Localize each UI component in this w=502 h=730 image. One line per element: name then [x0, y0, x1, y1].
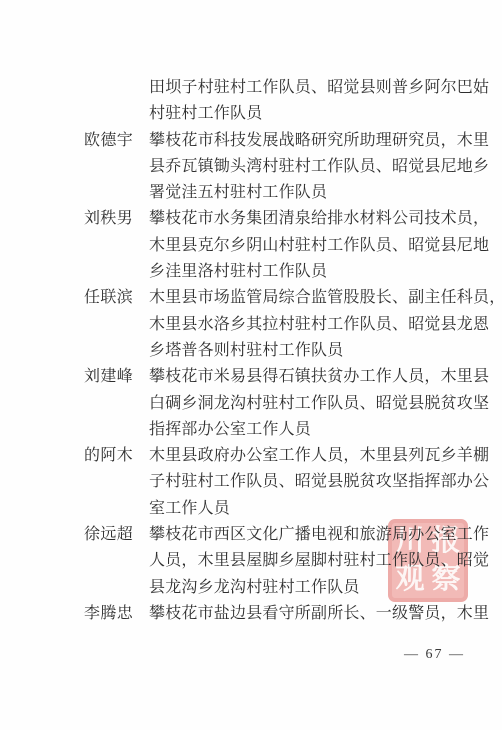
person-name: 徐远超	[84, 522, 149, 548]
entry-line: 室工作人员	[149, 496, 457, 522]
person-name: 李腾忠	[84, 601, 149, 627]
person-name: 的阿木	[84, 443, 149, 469]
entry-line: 署觉洼五村驻村工作队员	[149, 180, 457, 206]
entry-line: 攀枝花市米易县得石镇扶贫办工作人员，木里县	[149, 364, 457, 390]
person-name: 刘秩男	[84, 206, 149, 232]
entry-description: 攀枝花市盐边县看守所副所长、一级警员，木里	[149, 601, 457, 627]
entry-line: 木里县克尔乡阴山村驻村工作队员、昭觉县尼地	[149, 233, 457, 259]
entry-row: 徐远超攀枝花市西区文化广播电视和旅游局办公室工作人员，木里县屋脚乡屋脚村驻村工作…	[84, 522, 457, 601]
entry-line: 木里县政府办公室工作人员，木里县列瓦乡羊棚	[149, 443, 457, 469]
entry-line: 村驻村工作队员	[149, 101, 457, 127]
entry-description: 田坝子村驻村工作队员、昭觉县则普乡阿尔巴姑村驻村工作队员	[149, 75, 457, 128]
entry-description: 攀枝花市科技发展战略研究所助理研究员，木里县乔瓦镇锄头湾村驻村工作队员、昭觉县尼…	[149, 128, 457, 207]
entry-row: 任联滨木里县市场监管局综合监管股股长、副主任科员，木里县水洛乡其拉村驻村工作队员…	[84, 285, 457, 364]
entry-description: 木里县市场监管局综合监管股股长、副主任科员，木里县水洛乡其拉村驻村工作队员、昭觉…	[149, 285, 457, 364]
entry-line: 木里县市场监管局综合监管股股长、副主任科员，	[149, 285, 457, 311]
entry-line: 县龙沟乡龙沟村驻村工作队员	[149, 575, 457, 601]
entry-line: 田坝子村驻村工作队员、昭觉县则普乡阿尔巴姑	[149, 75, 457, 101]
entry-row: 刘建峰攀枝花市米易县得石镇扶贫办工作人员，木里县白碉乡洞龙沟村驻村工作队员、昭觉…	[84, 364, 457, 443]
entry-row: 田坝子村驻村工作队员、昭觉县则普乡阿尔巴姑村驻村工作队员	[84, 75, 457, 128]
entry-line: 指挥部办公室工作人员	[149, 417, 457, 443]
entry-line: 攀枝花市水务集团清泉给排水材料公司技术员，	[149, 206, 457, 232]
entries-list: 田坝子村驻村工作队员、昭觉县则普乡阿尔巴姑村驻村工作队员欧德宇攀枝花市科技发展战…	[84, 75, 457, 627]
entry-description: 攀枝花市西区文化广播电视和旅游局办公室工作人员，木里县屋脚乡屋脚村驻村工作队员、…	[149, 522, 457, 601]
entry-description: 木里县政府办公室工作人员，木里县列瓦乡羊棚子村驻村工作队员、昭觉县脱贫攻坚指挥部…	[149, 443, 457, 522]
person-name: 任联滨	[84, 285, 149, 311]
entry-line: 人员，木里县屋脚乡屋脚村驻村工作队员、昭觉	[149, 548, 457, 574]
entry-row: 的阿木木里县政府办公室工作人员，木里县列瓦乡羊棚子村驻村工作队员、昭觉县脱贫攻坚…	[84, 443, 457, 522]
document-page: 川 报 观 察 田坝子村驻村工作队员、昭觉县则普乡阿尔巴姑村驻村工作队员欧德宇攀…	[0, 0, 502, 730]
entry-line: 白碉乡洞龙沟村驻村工作队员、昭觉县脱贫攻坚	[149, 391, 457, 417]
entry-line: 县乔瓦镇锄头湾村驻村工作队员、昭觉县尼地乡	[149, 154, 457, 180]
entry-line: 攀枝花市西区文化广播电视和旅游局办公室工作	[149, 522, 457, 548]
person-name: 欧德宇	[84, 128, 149, 154]
entry-line: 木里县水洛乡其拉村驻村工作队员、昭觉县龙恩	[149, 312, 457, 338]
entry-row: 欧德宇攀枝花市科技发展战略研究所助理研究员，木里县乔瓦镇锄头湾村驻村工作队员、昭…	[84, 128, 457, 207]
entry-description: 攀枝花市米易县得石镇扶贫办工作人员，木里县白碉乡洞龙沟村驻村工作队员、昭觉县脱贫…	[149, 364, 457, 443]
entry-line: 攀枝花市盐边县看守所副所长、一级警员，木里	[149, 601, 457, 627]
entry-line: 子村驻村工作队员、昭觉县脱贫攻坚指挥部办公	[149, 469, 457, 495]
entry-line: 乡洼里洛村驻村工作队员	[149, 259, 457, 285]
entry-row: 李腾忠攀枝花市盐边县看守所副所长、一级警员，木里	[84, 601, 457, 627]
person-name: 刘建峰	[84, 364, 149, 390]
page-number: — 67 —	[404, 647, 465, 663]
entry-row: 刘秩男攀枝花市水务集团清泉给排水材料公司技术员，木里县克尔乡阴山村驻村工作队员、…	[84, 206, 457, 285]
entry-line: 乡塔普各则村驻村工作队员	[149, 338, 457, 364]
entry-line: 攀枝花市科技发展战略研究所助理研究员，木里	[149, 128, 457, 154]
entry-description: 攀枝花市水务集团清泉给排水材料公司技术员，木里县克尔乡阴山村驻村工作队员、昭觉县…	[149, 206, 457, 285]
